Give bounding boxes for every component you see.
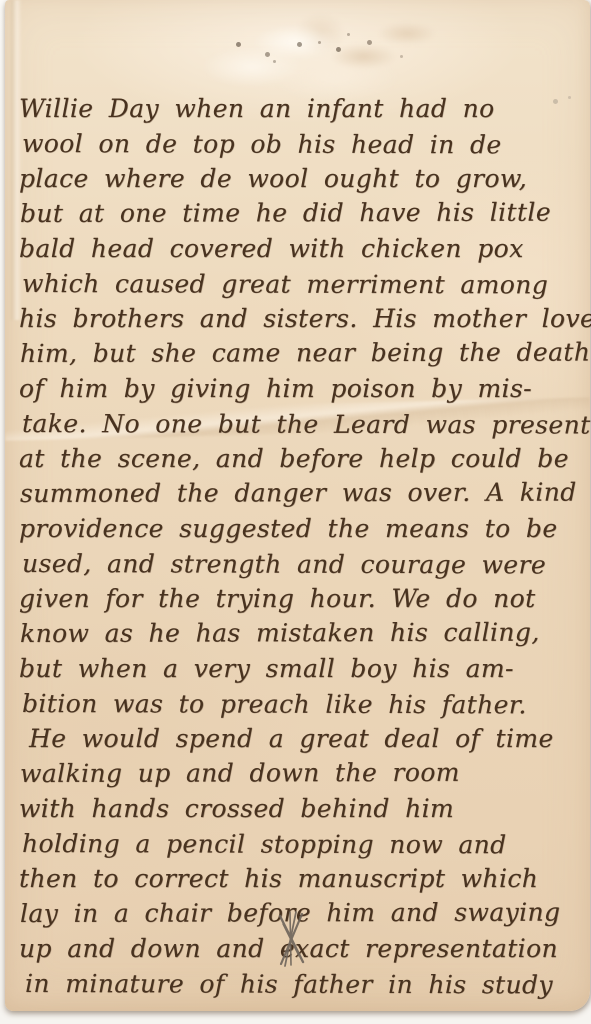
- handwritten-line: holding a pencil stopping now and: [22, 826, 585, 862]
- handwritten-line: but when a very small boy his am-: [19, 651, 585, 686]
- scan-background: Willie Day when an infant had no wool on…: [0, 0, 591, 1024]
- handwritten-line: which caused great merriment among: [22, 266, 585, 302]
- handwritten-line: summoned the danger was over. A kind: [20, 475, 585, 511]
- handwritten-line: him, but she came near being the death: [20, 335, 585, 371]
- handwritten-line: providence suggested the means to be: [19, 511, 585, 546]
- handwritten-line: then to correct his manuscript which: [19, 861, 585, 896]
- handwritten-line: his brothers and sisters. His mother lov…: [19, 301, 585, 336]
- handwritten-line: of him by giving him poison by mis-: [19, 371, 585, 406]
- handwritten-line: in minature of his father in his study: [25, 966, 585, 1002]
- handwritten-line: but at one time he did have his little: [20, 195, 585, 231]
- handwritten-line: place where de wool ought to grow,: [19, 161, 585, 196]
- cross-out-mark: [273, 910, 309, 968]
- handwritten-line: take. No one but the Leard was present: [22, 406, 585, 442]
- letter-paper: Willie Day when an infant had no wool on…: [5, 0, 590, 1011]
- handwritten-line: used, and strength and courage were: [22, 546, 585, 582]
- handwritten-line: walking up and down the room: [20, 755, 585, 791]
- handwritten-text: Willie Day when an infant had no wool on…: [19, 91, 585, 1001]
- handwritten-line: Willie Day when an infant had no: [19, 91, 585, 126]
- handwritten-line: bition was to preach like his father.: [22, 686, 585, 722]
- handwritten-line: given for the trying hour. We do not: [19, 581, 585, 616]
- handwritten-line: wool on de top ob his head in de: [22, 126, 585, 162]
- handwritten-line: with hands crossed behind him: [19, 791, 585, 826]
- pinhole-dots: [5, 0, 8, 3]
- handwritten-line: at the scene, and before help could be: [19, 441, 585, 476]
- handwritten-line: bald head covered with chicken pox: [19, 231, 585, 266]
- handwritten-line: He would spend a great deal of time: [29, 721, 585, 756]
- handwritten-line: know as he has mistaken his calling,: [20, 615, 585, 651]
